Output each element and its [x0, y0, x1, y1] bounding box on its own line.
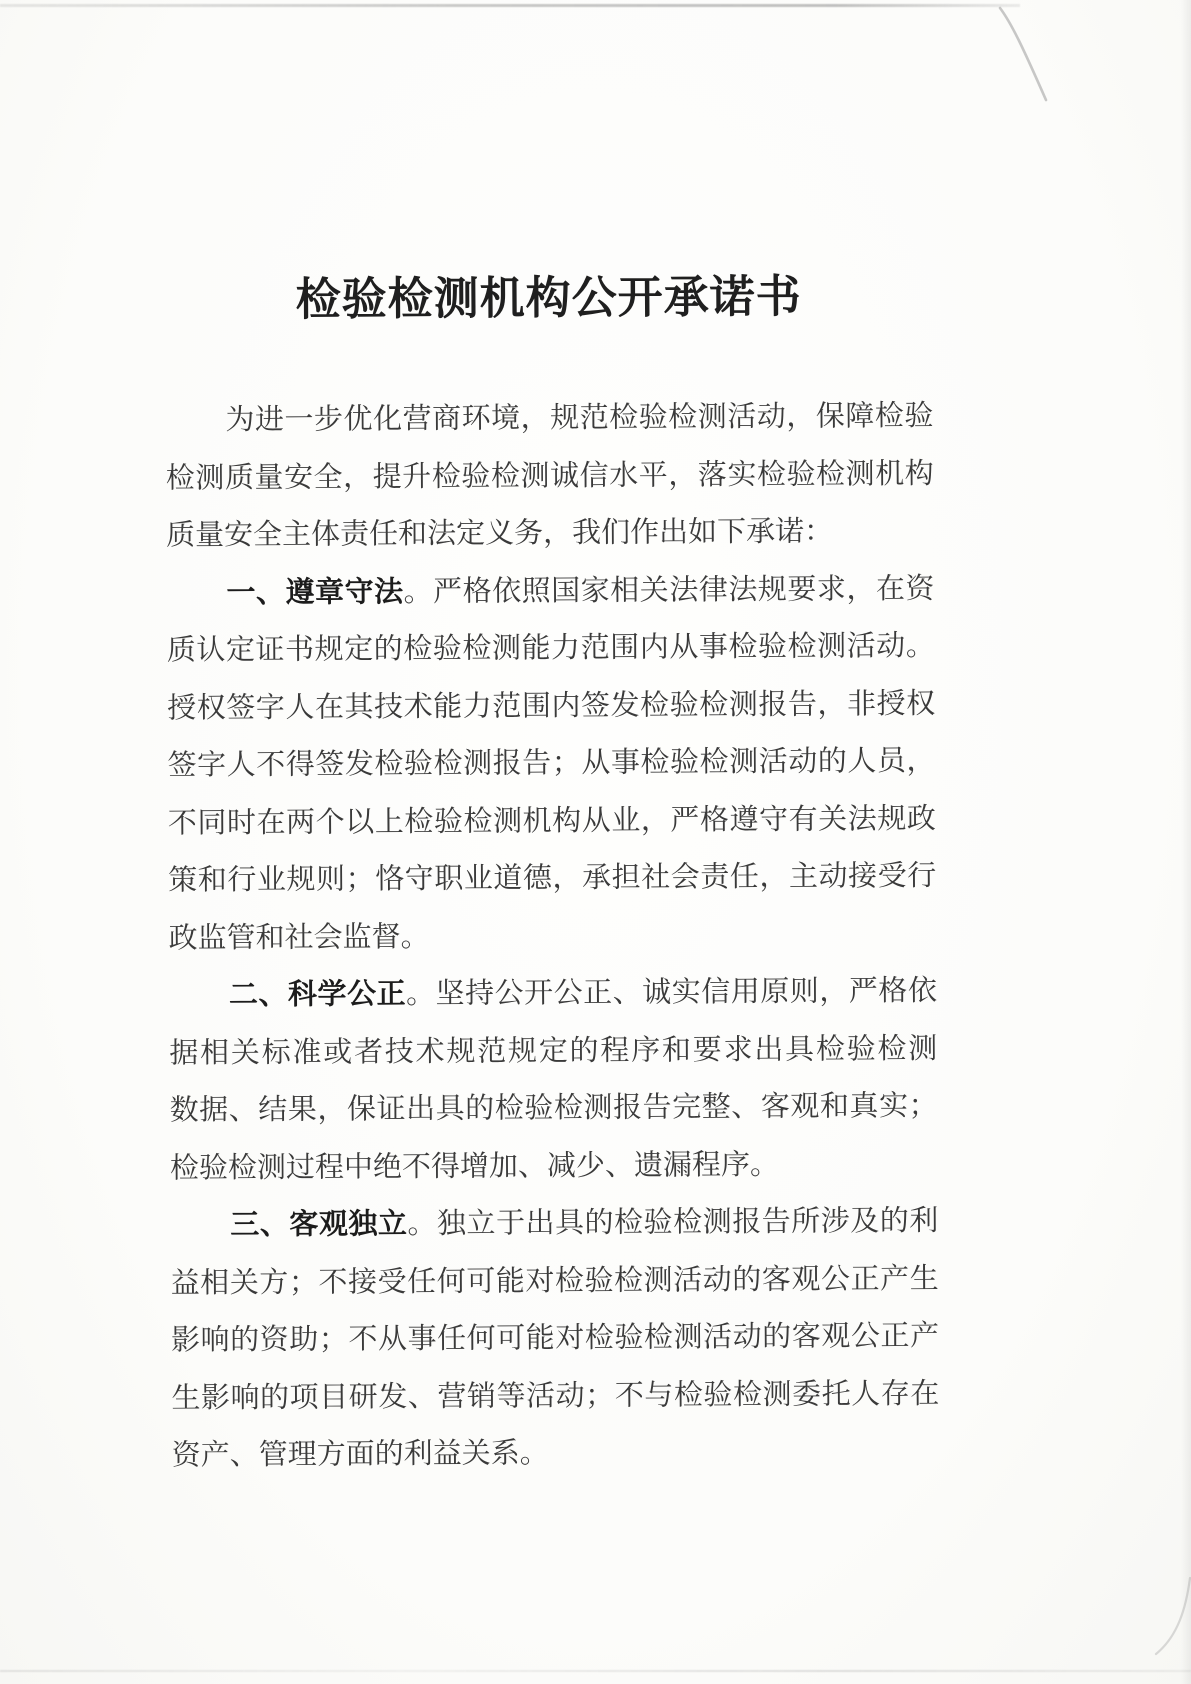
text-line: 质量安全主体责任和法定义务，我们作出如下承诺： [166, 503, 934, 565]
text-line: 授权签字人在其技术能力范围内签发检验检测报告，非授权 [167, 675, 935, 737]
text-line: 检测质量安全，提升检验检测诚信水平，落实检验检测机构 [166, 445, 934, 507]
text-line: 据相关标准或者技术规范规定的程序和要求出具检验检测 [169, 1020, 937, 1082]
section-heading: 二、科学公正 [229, 978, 406, 1011]
document-body: 为进一步优化营商环境，规范检验检测活动，保障检验检测质量安全，提升检验检测诚信水… [165, 388, 940, 1485]
text-line: 策和行业规则；恪守职业道德，承担社会责任，主动接受行 [168, 848, 936, 910]
text-line: 签字人不得签发检验检测报告；从事检验检测活动的人员， [167, 733, 935, 795]
text-line: 影响的资助；不从事任何可能对检验检测活动的客观公正产 [171, 1308, 939, 1370]
text-line: 政监管和社会监督。 [168, 905, 936, 967]
section-heading: 一、遵章守法 [226, 576, 403, 609]
text-line: 二、科学公正。坚持公开公正、诚实信用原则，严格依 [169, 963, 937, 1025]
document-page: { "document": { "title": "检验检测机构公开承诺书", … [0, 0, 1191, 1684]
text-line: 不同时在两个以上检验检测机构从业，严格遵守有关法规政 [168, 790, 936, 852]
section-heading: 三、客观独立 [230, 1208, 407, 1241]
text-line: 三、客观独立。独立于出具的检验检测报告所涉及的利 [170, 1193, 938, 1255]
text-line: 质认定证书规定的检验检测能力范围内从事检验检测活动。 [167, 618, 935, 680]
text-line: 生影响的项目研发、营销等活动；不与检验检测委托人存在 [171, 1365, 939, 1427]
text-line: 资产、管理方面的利益关系。 [172, 1423, 940, 1485]
text-line: 检验检测过程中绝不得增加、减少、遗漏程序。 [170, 1135, 938, 1197]
scanned-page: 检验检测机构公开承诺书 为进一步优化营商环境，规范检验检测活动，保障检验检测质量… [0, 0, 1191, 1684]
text-line: 为进一步优化营商环境，规范检验检测活动，保障检验 [165, 388, 933, 450]
text-line: 益相关方；不接受任何可能对检验检测活动的客观公正产生 [171, 1250, 939, 1312]
document-title: 检验检测机构公开承诺书 [165, 268, 933, 329]
text-line: 一、遵章守法。严格依照国家相关法律法规要求，在资 [166, 560, 934, 622]
text-line: 数据、结果，保证出具的检验检测报告完整、客观和真实； [169, 1078, 937, 1140]
